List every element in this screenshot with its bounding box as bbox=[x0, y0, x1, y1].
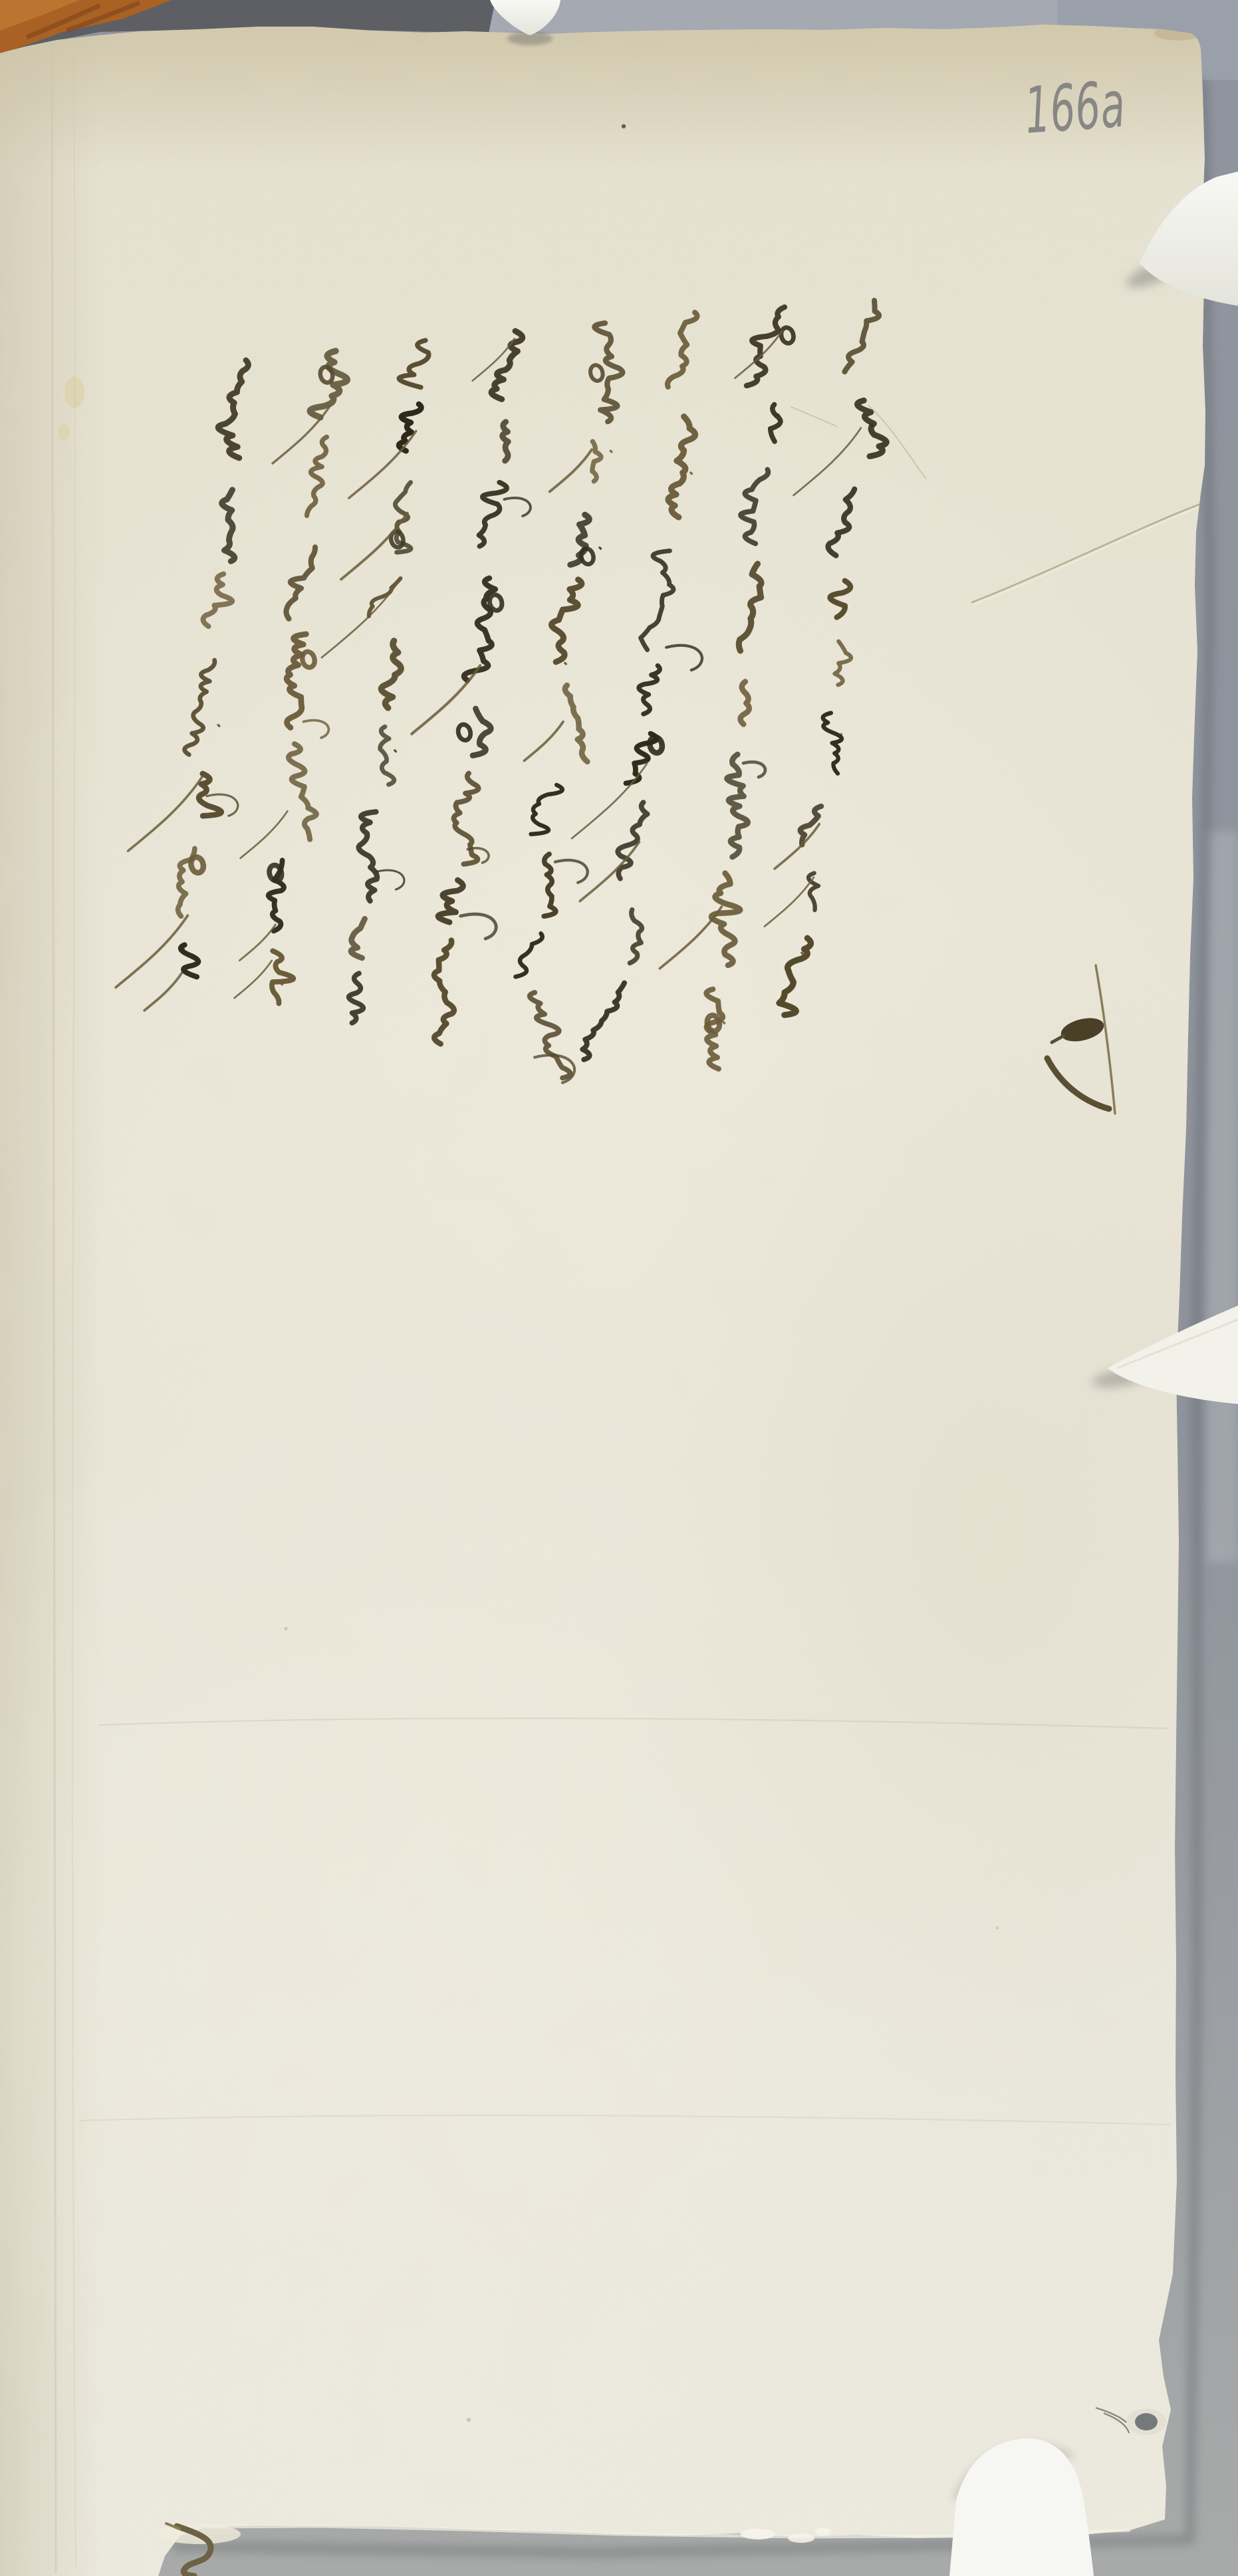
ink-stroke bbox=[395, 751, 396, 752]
fox-spot bbox=[467, 2418, 471, 2422]
ink-stroke bbox=[778, 415, 779, 416]
ink-stroke bbox=[565, 663, 566, 664]
backdrop-light-streak bbox=[1207, 831, 1238, 1562]
fox-spot bbox=[284, 1627, 287, 1630]
fox-spot bbox=[996, 1927, 999, 1929]
fox-stain bbox=[58, 423, 70, 441]
ink-speck bbox=[622, 124, 626, 128]
ink-stroke bbox=[723, 1022, 725, 1024]
folio-number: 166a bbox=[1023, 67, 1127, 148]
archive-photo: 166a bbox=[0, 0, 1238, 2576]
ink-stroke bbox=[802, 953, 803, 954]
ink-stroke bbox=[183, 948, 184, 949]
photo-svg: 166a bbox=[0, 0, 1238, 2576]
manuscript-page: 166a bbox=[0, 0, 1238, 2576]
ink-stroke bbox=[281, 983, 283, 985]
fox-stain bbox=[64, 376, 84, 408]
ink-stroke bbox=[872, 425, 873, 426]
ink-stroke bbox=[600, 548, 601, 549]
ink-stroke bbox=[218, 725, 219, 727]
page-grain bbox=[0, 0, 1238, 2576]
wormhole-hole bbox=[1135, 2413, 1158, 2430]
ink-stroke bbox=[610, 451, 612, 452]
page-surface-detail: 166a bbox=[0, 0, 1238, 2576]
ink-stroke bbox=[691, 473, 692, 474]
